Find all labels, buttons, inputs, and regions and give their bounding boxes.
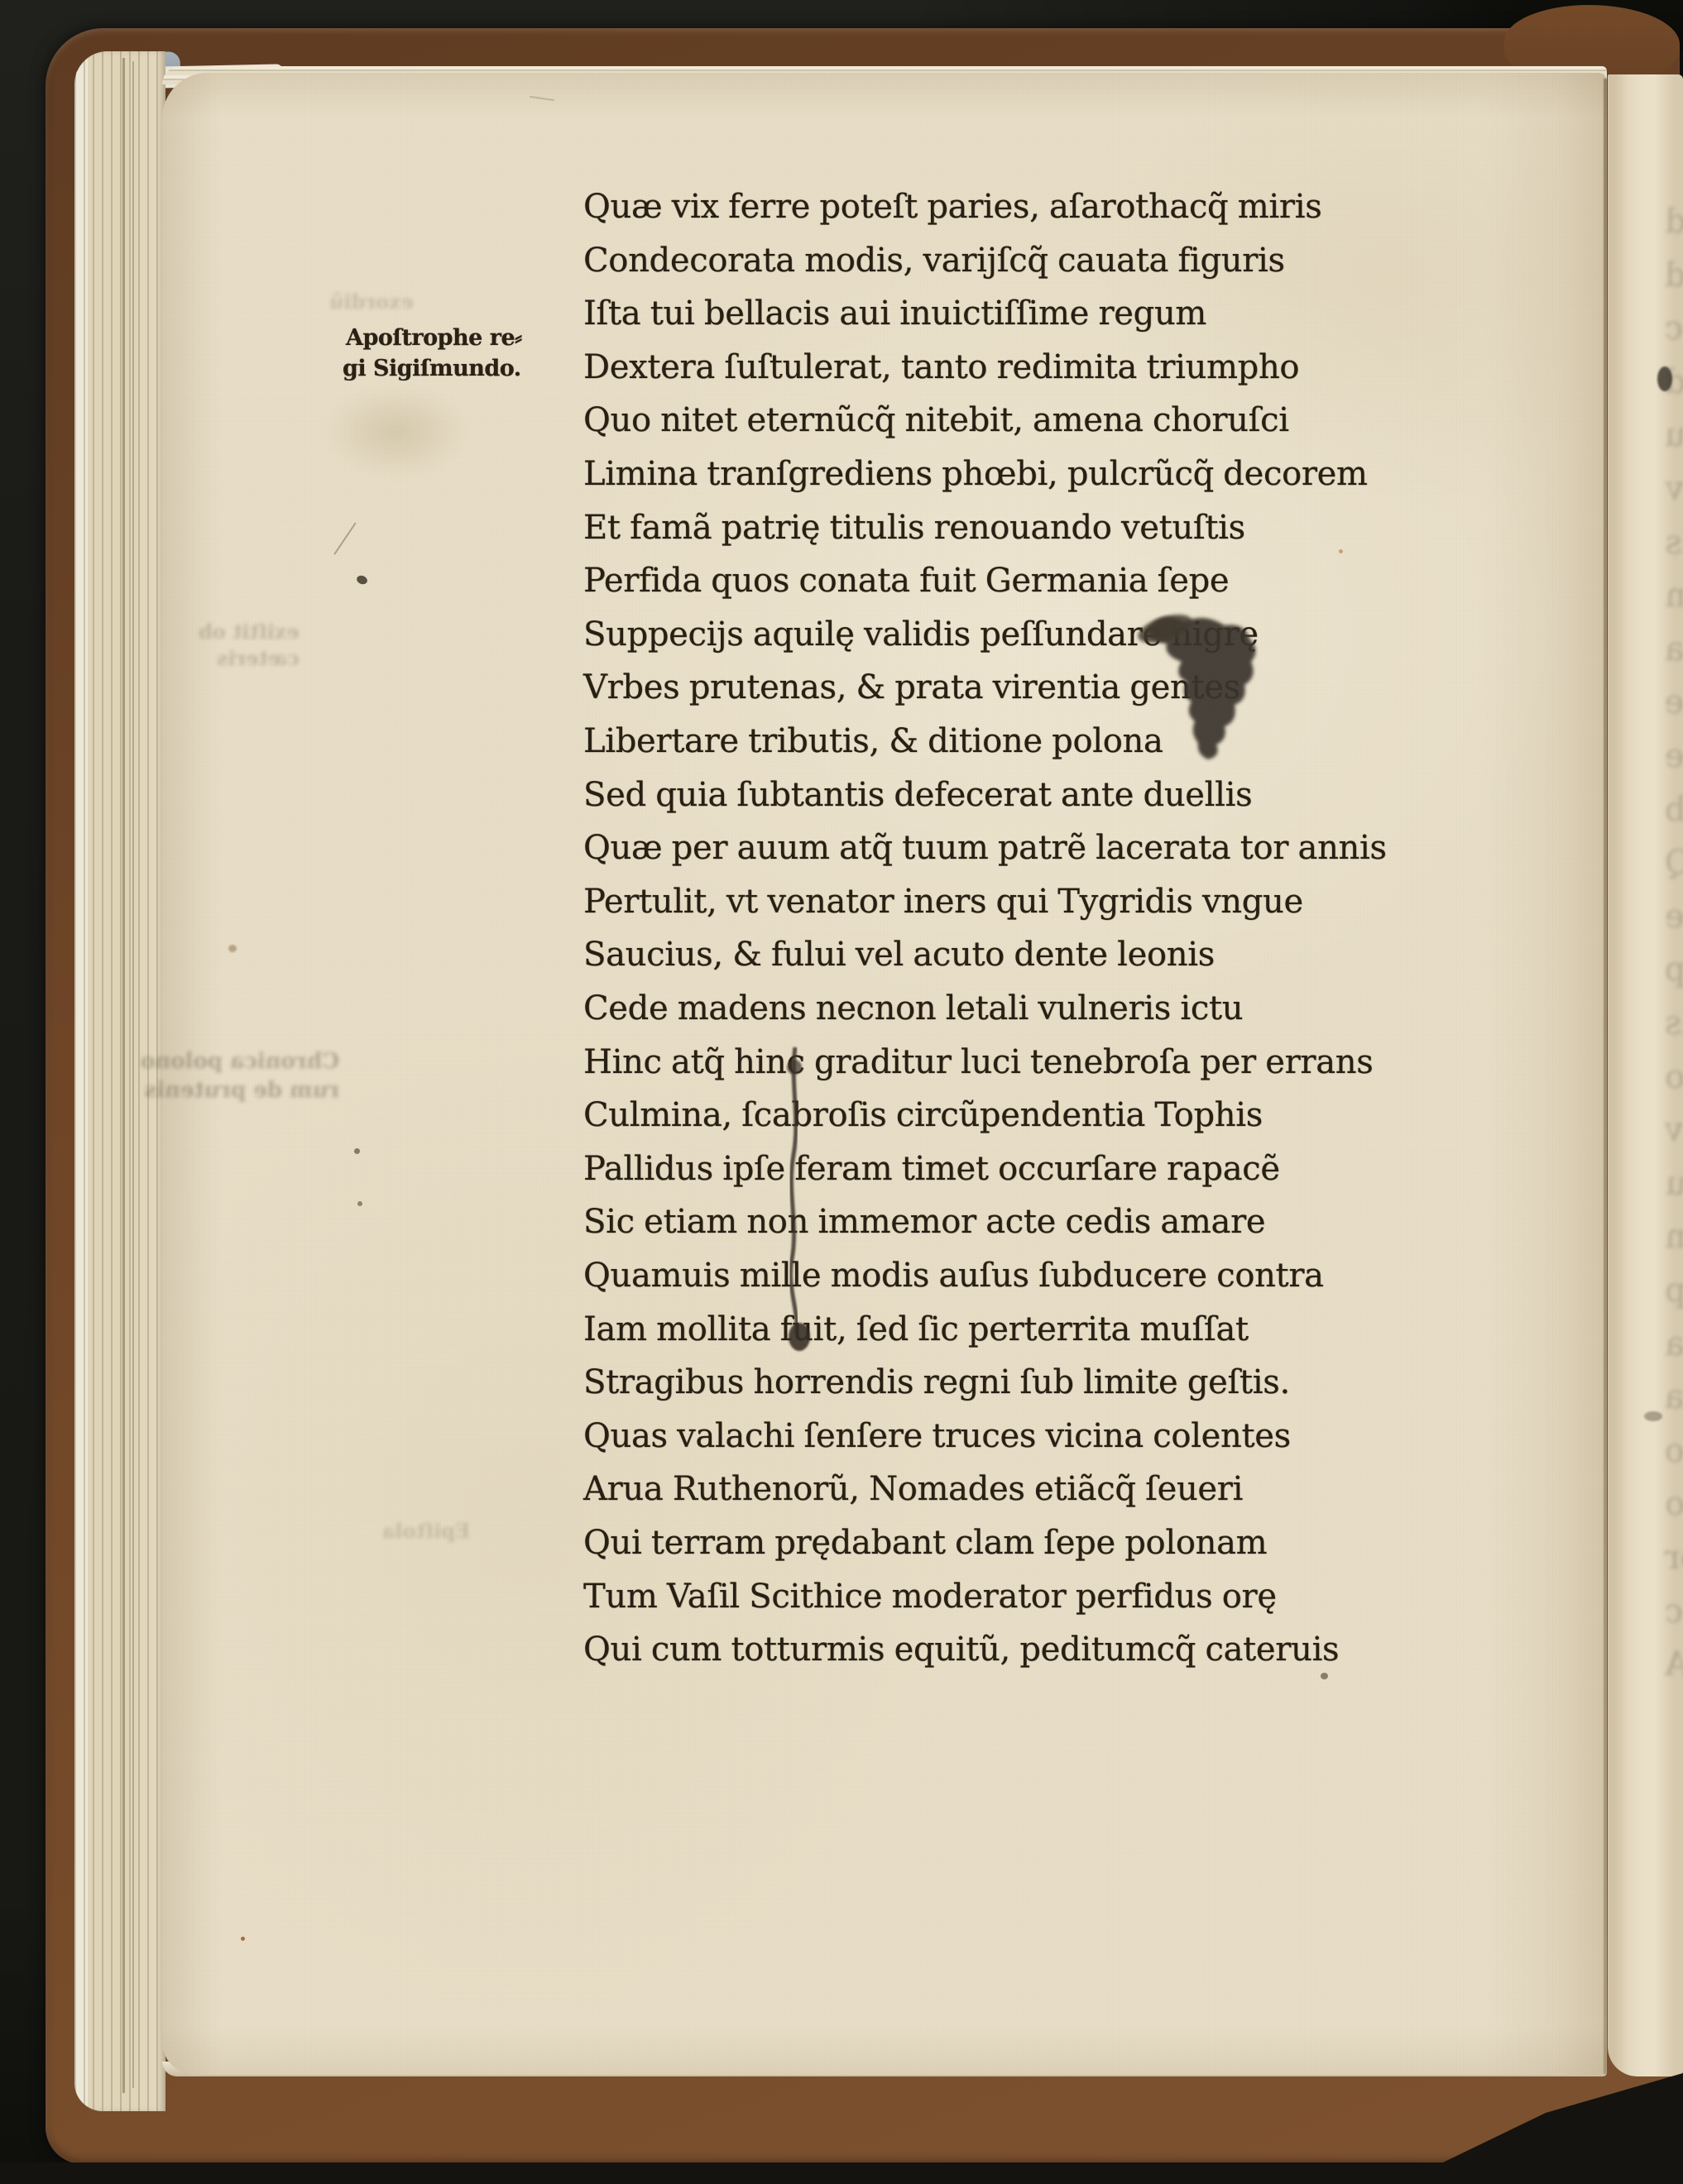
verse-line: Libertare tributis, & ditione polona (583, 715, 1163, 768)
verse-line: Dextera ſuſtulerat, tanto redimita trium… (583, 341, 1299, 394)
brown-spot (228, 945, 237, 952)
bleedthrough-note-2-line2: cæteris (199, 645, 299, 672)
bleedthrough-note-3: Chronica polono rum de prutenis (141, 1047, 339, 1105)
verse-line: Qui cum totturmis equitũ, peditumcq̃ cat… (583, 1623, 1339, 1676)
paper-stain (324, 386, 469, 478)
verse-line: Sic etiam non immemor acte cedis amare (583, 1195, 1265, 1248)
verse-line: Condecorata modis, varijſcq̃ cauata figu… (583, 234, 1285, 287)
verse-line: Pertulit, vt venator iners qui Tygridis … (583, 875, 1303, 928)
ink-speck-4 (1321, 1673, 1328, 1679)
verse-line: Tum Vaſil Scithice moderator perfidus or… (583, 1570, 1277, 1623)
verse-line: Suppecijs aquilę validis peſſundare nigr… (583, 608, 1259, 661)
verse-line: Hinc atq̃ hinc graditur luci tenebroſa p… (583, 1036, 1373, 1089)
verse-line: Quo nitet eternũcq̃ nitebit, amena choru… (583, 394, 1289, 447)
margin-note-line2: gi Sigiſmundo. (343, 353, 594, 384)
bleedthrough-note-3-line2: rum de prutenis (141, 1076, 339, 1105)
verse-line: Limina tranſgrediens phœbi, pulcrũcq̃ de… (583, 448, 1368, 500)
verse-line: Quæ per auum atq̃ tuum patrẽ lacerata to… (583, 821, 1387, 874)
verse-line: Quæ vix ferre poteſt paries, aſarothacq̃… (583, 180, 1321, 233)
verse-line: Saucius, & fului vel acuto dente leonis (583, 928, 1215, 981)
bleedthrough-note-3-line1: Chronica polono (141, 1047, 339, 1076)
dark-bottom-strip (0, 2162, 1683, 2184)
bleedthrough-note-2-line1: exiſtit ob (199, 619, 299, 645)
bleedthrough-note-1: exordiũ (329, 290, 414, 314)
verse-line: Vrbes prutenas, & prata virentia gentes (583, 661, 1240, 714)
verse-line: Qui terram prędabant clam ſepe polonam (583, 1516, 1267, 1569)
printed-margin-note: Apoſtrophe re⸗ gi Sigiſmundo. (346, 323, 594, 384)
verse-line: Quas valachi ſenſere truces vicina colen… (583, 1410, 1291, 1463)
bleedthrough-note-2: exiſtit ob cæteris (199, 619, 299, 672)
red-dot (241, 1937, 245, 1941)
verse-line: Culmina, ſcabroſis circũpendentia Tophis (583, 1089, 1263, 1142)
ink-speck-2 (354, 1148, 360, 1154)
verse-line: Cede madens necnon letali vulneris ictu (583, 982, 1243, 1035)
verse-line: Perfida quos conata fuit Germania ſepe (583, 554, 1229, 607)
verse-line: Et famã patrię titulis renouando vetuſti… (583, 501, 1245, 554)
verse-line: Pallidus ipſe feram timet occurſare rapa… (583, 1142, 1280, 1195)
verse-line: Quamuis mille modis auſus ſubducere cont… (583, 1249, 1324, 1302)
verse-text-block: Quæ vix ferre poteſt paries, aſarothacq̃… (583, 0, 1494, 1737)
gutter-crease (1604, 79, 1607, 2074)
verse-line: Sed quia ſubtantis defecerat ante duelli… (583, 769, 1252, 821)
verse-line: Iam mollita fuit, ſed ſic perterrita muſ… (583, 1303, 1249, 1356)
page-next-strip (1608, 74, 1683, 2076)
verse-line: Iſta tui bellacis aui inuictiſſime regum (583, 287, 1206, 340)
bleedthrough-note-4: Epiſtola (382, 1519, 470, 1543)
page-stack-groove-2 (132, 61, 134, 2088)
orange-dot (1339, 549, 1343, 553)
book-photo-canvas: AredVliadEcce miler cPallidRelliquInſign… (0, 0, 1683, 2184)
verse-line: Arua Ruthenorũ, Nomades etiãcq̃ ſeueri (583, 1463, 1243, 1516)
verse-line: Stragibus horrendis regni ſub limite geſ… (583, 1356, 1290, 1409)
margin-note-line1: Apoſtrophe re⸗ (346, 323, 594, 353)
page-stack-groove (122, 58, 125, 2093)
ink-speck-3 (357, 1201, 362, 1206)
